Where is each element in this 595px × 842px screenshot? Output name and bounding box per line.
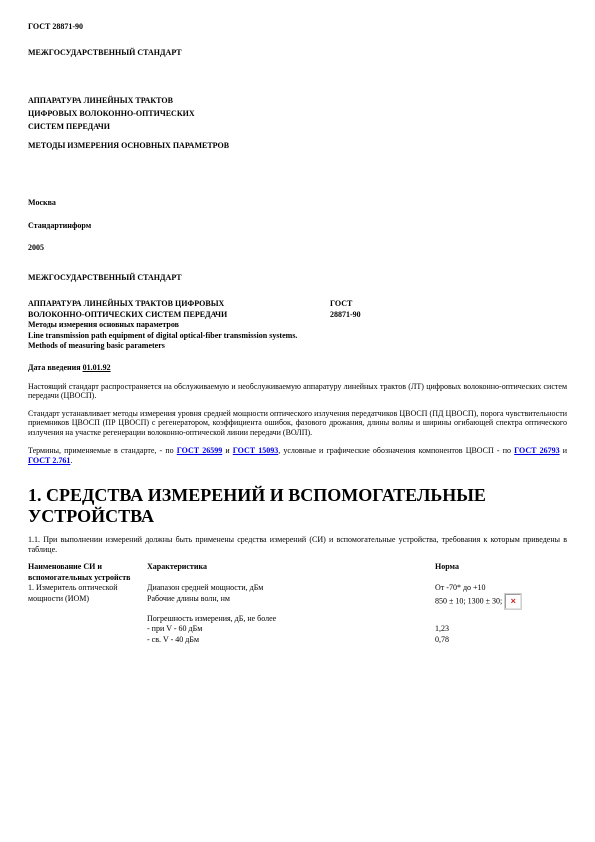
table-cell-characteristic: Диапазон средней мощности, дБм <box>147 583 429 594</box>
imprint-publisher: Стандартинформ <box>28 221 567 231</box>
doc-code-number: 28871-90 <box>330 310 361 321</box>
table-cell-characteristic: Погрешность измерения, дБ, не более <box>147 609 429 625</box>
link-gost-26599[interactable]: ГОСТ 26599 <box>177 446 222 455</box>
title-block-ru-line-2: ВОЛОКОННО-ОПТИЧЕСКИХ СИСТЕМ ПЕРЕДАЧИ <box>28 310 330 321</box>
document-page: ГОСТ 28871-90 МЕЖГОСУДАРСТВЕННЫЙ СТАНДАР… <box>0 0 595 842</box>
imprint-city: Москва <box>28 198 567 208</box>
doc-code-top: ГОСТ 28871-90 <box>28 22 567 31</box>
instruments-table: Наименование СИ и вспомогательных устрой… <box>28 562 567 645</box>
standard-type-heading: МЕЖГОСУДАРСТВЕННЫЙ СТАНДАРТ <box>28 48 567 57</box>
terms-text-4: и <box>560 446 567 455</box>
link-gost-15093[interactable]: ГОСТ 15093 <box>233 446 278 455</box>
terms-text-1: Термины, применяемые в стандарте, - по <box>28 446 177 455</box>
title-block-en-line-1: Line transmission path equipment of digi… <box>28 331 330 342</box>
link-gost-26793[interactable]: ГОСТ 26793 <box>514 446 559 455</box>
table-cell-norm <box>435 609 567 614</box>
table-cell-norm: 0,78 <box>435 635 567 646</box>
section-1-heading: 1. СРЕДСТВА ИЗМЕРЕНИЙ И ВСПОМОГАТЕЛЬНЫЕ … <box>28 485 533 527</box>
paragraph-scope: Настоящий стандарт распространяется на о… <box>28 382 567 401</box>
wavelengths-value: 850 ± 10; 1300 ± 30; <box>435 596 502 605</box>
table-cell-norm: 850 ± 10; 1300 ± 30;× <box>435 594 567 609</box>
effective-date-value: 01.01.92 <box>83 363 111 372</box>
title-block-code: ГОСТ 28871-90 <box>330 299 361 352</box>
title-line-3: СИСТЕМ ПЕРЕДАЧИ <box>28 120 567 133</box>
title-block-ru-subtitle: Методы измерения основных параметров <box>28 320 330 331</box>
table-cell-norm: 1,23 <box>435 624 567 635</box>
paragraph-1-1: 1.1. При выполнении измерений должны быт… <box>28 535 567 554</box>
table-header-characteristic: Характеристика <box>147 562 429 573</box>
title-block-left: АППАРАТУРА ЛИНЕЙНЫХ ТРАКТОВ ЦИФРОВЫХ ВОЛ… <box>28 299 330 352</box>
table-cell-characteristic: - св. V - 40 дБм <box>147 635 429 646</box>
broken-image-x-glyph: × <box>511 596 516 606</box>
effective-date-label: Дата введения <box>28 363 83 372</box>
link-gost-2761[interactable]: ГОСТ 2.761 <box>28 456 70 465</box>
table-row-instrument-name: 1. Измеритель оптической мощности (ИОМ) <box>28 583 141 604</box>
document-subtitle: МЕТОДЫ ИЗМЕРЕНИЯ ОСНОВНЫХ ПАРАМЕТРОВ <box>28 141 567 150</box>
title-block-ru-line-1: АППАРАТУРА ЛИНЕЙНЫХ ТРАКТОВ ЦИФРОВЫХ <box>28 299 330 310</box>
table-header-norm: Норма <box>435 562 567 573</box>
terms-text-5: . <box>70 456 72 465</box>
title-line-2: ЦИФРОВЫХ ВОЛОКОННО-ОПТИЧЕСКИХ <box>28 107 567 120</box>
terms-text-2: и <box>222 446 233 455</box>
imprint-year: 2005 <box>28 243 567 253</box>
table-cell-norm: От -70* до +10 <box>435 583 567 594</box>
document-title: АППАРАТУРА ЛИНЕЙНЫХ ТРАКТОВ ЦИФРОВЫХ ВОЛ… <box>28 94 567 133</box>
title-line-1: АППАРАТУРА ЛИНЕЙНЫХ ТРАКТОВ <box>28 94 567 107</box>
table-cell-characteristic: - при V - 60 дБм <box>147 624 429 635</box>
terms-text-3: , условные и графические обозначения ком… <box>278 446 514 455</box>
table-header-name: Наименование СИ и вспомогательных устрой… <box>28 562 141 583</box>
doc-code-word: ГОСТ <box>330 299 361 310</box>
paragraph-methods: Стандарт устанавливает методы измерения … <box>28 409 567 438</box>
effective-date-line: Дата введения 01.01.92 <box>28 363 567 373</box>
standard-type-heading-2: МЕЖГОСУДАРСТВЕННЫЙ СТАНДАРТ <box>28 273 567 283</box>
paragraph-terms: Термины, применяемые в стандарте, - по Г… <box>28 446 567 465</box>
title-block: АППАРАТУРА ЛИНЕЙНЫХ ТРАКТОВ ЦИФРОВЫХ ВОЛ… <box>28 299 567 352</box>
broken-image-icon: × <box>505 594 521 609</box>
table-cell-characteristic: Рабочие длины волн, нм <box>147 594 429 605</box>
title-block-en-line-2: Methods of measuring basic parameters <box>28 341 330 352</box>
